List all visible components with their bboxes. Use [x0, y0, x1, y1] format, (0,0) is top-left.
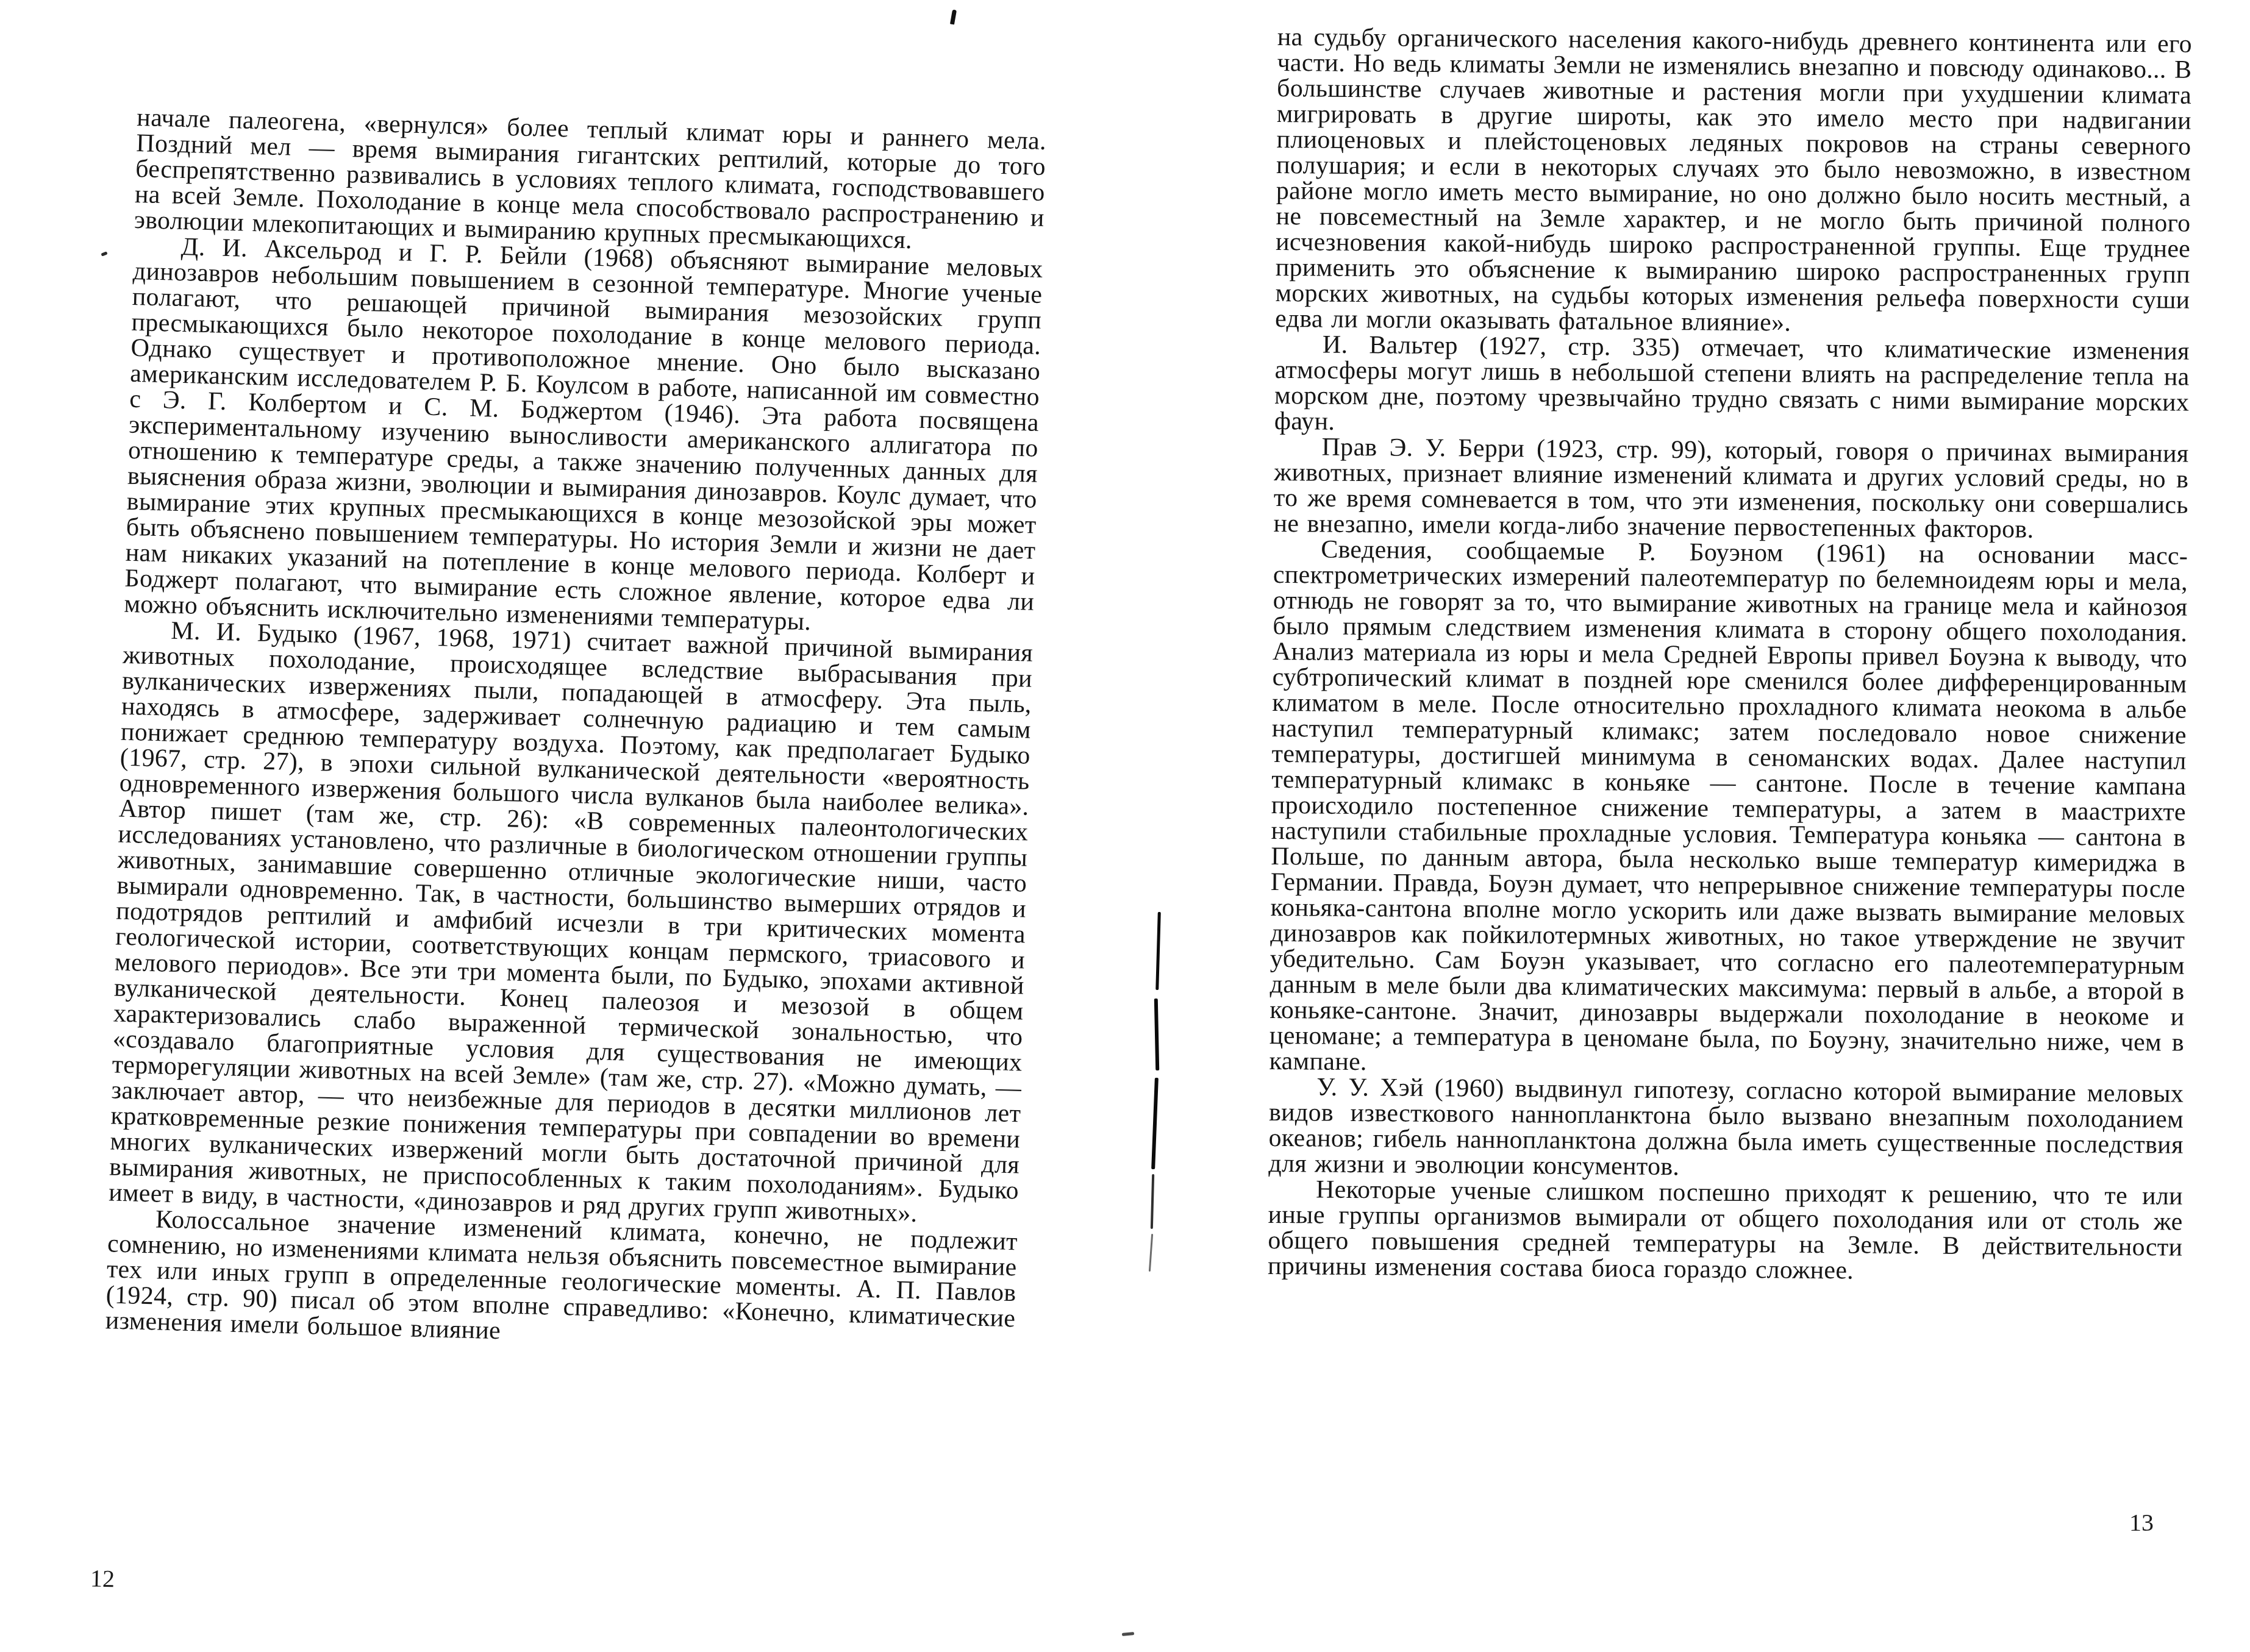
paragraph: Д. И. Аксельрод и Г. Р. Бейли (1968) объ…	[124, 233, 1043, 641]
paragraph: начале палеогена, «вернулся» более теплы…	[134, 105, 1047, 257]
paragraph: М. И. Будыко (1967, 1968, 1971) считает …	[109, 617, 1034, 1230]
page-right: на судьбу органического населения какого…	[1268, 24, 2192, 1286]
scan-speck-artifact	[101, 251, 107, 256]
gutter-fold-artifact	[1150, 912, 1162, 1278]
paragraph: Некоторые ученые слишком поспешно приход…	[1268, 1177, 2183, 1286]
paragraph: Колоссальное значение изменений климата,…	[105, 1205, 1018, 1357]
artifact-segment	[1149, 1234, 1153, 1272]
artifact-segment	[1151, 1174, 1154, 1229]
page-left: начале палеогена, «вернулся» более теплы…	[105, 105, 1046, 1357]
artifact-segment	[1155, 912, 1161, 990]
paragraph: У. У. Хэй (1960) выдвинул гипотезу, согл…	[1268, 1074, 2184, 1184]
scan-speck-artifact	[950, 10, 957, 25]
paragraph: Сведения, сообщаемые Р. Боуэном (1961) н…	[1269, 536, 2188, 1081]
book-spread-scan: начале палеогена, «вернулся» более теплы…	[0, 0, 2250, 1652]
artifact-segment	[1154, 999, 1159, 1070]
scan-speck-artifact	[1122, 1632, 1134, 1636]
page-number: 13	[2129, 1508, 2154, 1537]
artifact-segment	[1151, 1078, 1159, 1169]
page-number: 12	[90, 1564, 115, 1593]
paragraph: И. Вальтер (1927, стр. 335) отмечает, чт…	[1274, 332, 2190, 441]
paragraph: на судьбу органического населения какого…	[1275, 24, 2192, 339]
paragraph: Прав Э. У. Берри (1923, стр. 99), которы…	[1273, 434, 2188, 544]
